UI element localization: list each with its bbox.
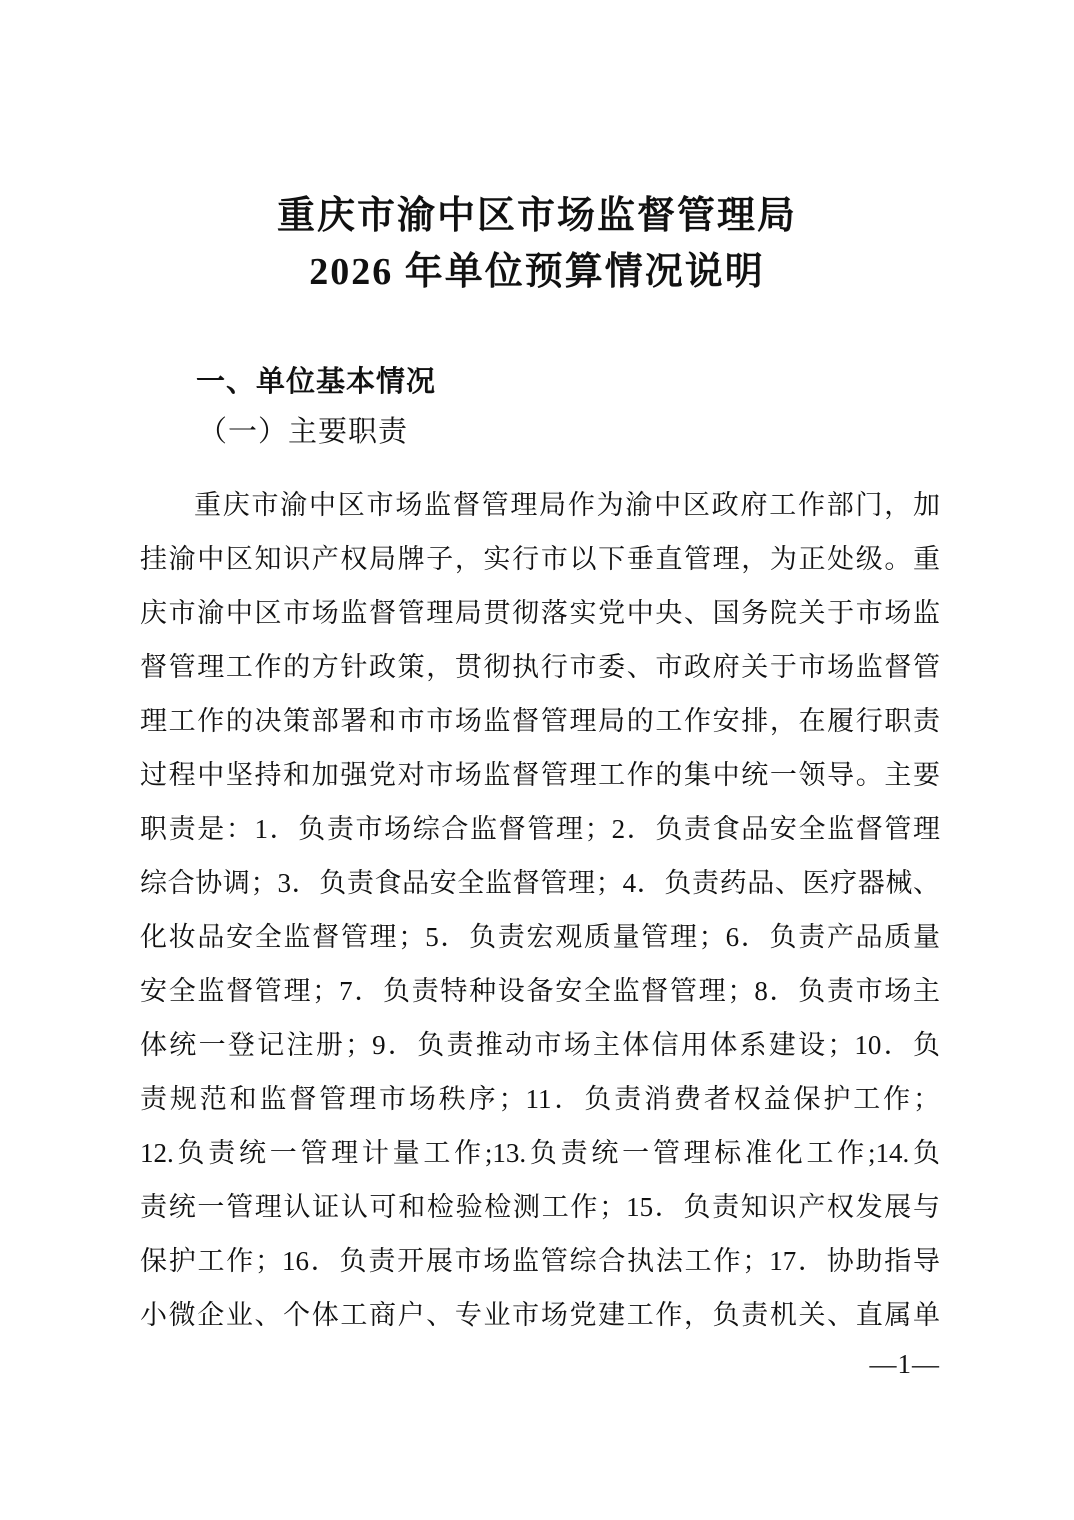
body-line: 综合协调；3．负责食品安全监督管理；4．负责药品、医疗器械、 xyxy=(140,856,940,910)
body-line: 12.负责统一管理计量工作;13.负责统一管理标准化工作;14.负 xyxy=(140,1126,940,1180)
subsection-heading: （一）主要职责 xyxy=(198,414,408,450)
body-line: 职责是：1．负责市场综合监督管理；2．负责食品安全监督管理 xyxy=(140,802,940,856)
body-paragraph: 重庆市渝中区市场监督管理局作为渝中区政府工作部门，加 挂渝中区知识产权局牌子，实… xyxy=(140,478,940,1342)
document-title-line-2: 2026 年单位预算情况说明 xyxy=(0,244,1074,300)
document-page: 重庆市渝中区市场监督管理局 2026 年单位预算情况说明 一、单位基本情况 （一… xyxy=(0,0,1074,1520)
body-line: 庆市渝中区市场监督管理局贯彻落实党中央、国务院关于市场监 xyxy=(140,586,940,640)
document-title-line-1: 重庆市渝中区市场监督管理局 xyxy=(0,188,1074,244)
body-line: 安全监督管理；7．负责特种设备安全监督管理；8．负责市场主 xyxy=(140,964,940,1018)
body-line: 保护工作；16．负责开展市场监管综合执法工作；17．协助指导 xyxy=(140,1234,940,1288)
body-line: 重庆市渝中区市场监督管理局作为渝中区政府工作部门，加 xyxy=(140,478,940,532)
body-line: 督管理工作的方针政策，贯彻执行市委、市政府关于市场监督管 xyxy=(140,640,940,694)
section-heading: 一、单位基本情况 xyxy=(196,364,436,400)
body-line: 过程中坚持和加强党对市场监督管理工作的集中统一领导。主要 xyxy=(140,748,940,802)
body-line: 理工作的决策部署和市市场监督管理局的工作安排，在履行职责 xyxy=(140,694,940,748)
body-line: 责统一管理认证认可和检验检测工作；15．负责知识产权发展与 xyxy=(140,1180,940,1234)
page-number: —1— xyxy=(140,1346,940,1382)
body-line: 体统一登记注册；9．负责推动市场主体信用体系建设；10．负 xyxy=(140,1018,940,1072)
body-line: 责规范和监督管理市场秩序；11．负责消费者权益保护工作； xyxy=(140,1072,940,1126)
body-line: 挂渝中区知识产权局牌子，实行市以下垂直管理，为正处级。重 xyxy=(140,532,940,586)
body-line: 小微企业、个体工商户、专业市场党建工作，负责机关、直属单 xyxy=(140,1288,940,1342)
body-line: 化妆品安全监督管理；5．负责宏观质量管理；6．负责产品质量 xyxy=(140,910,940,964)
